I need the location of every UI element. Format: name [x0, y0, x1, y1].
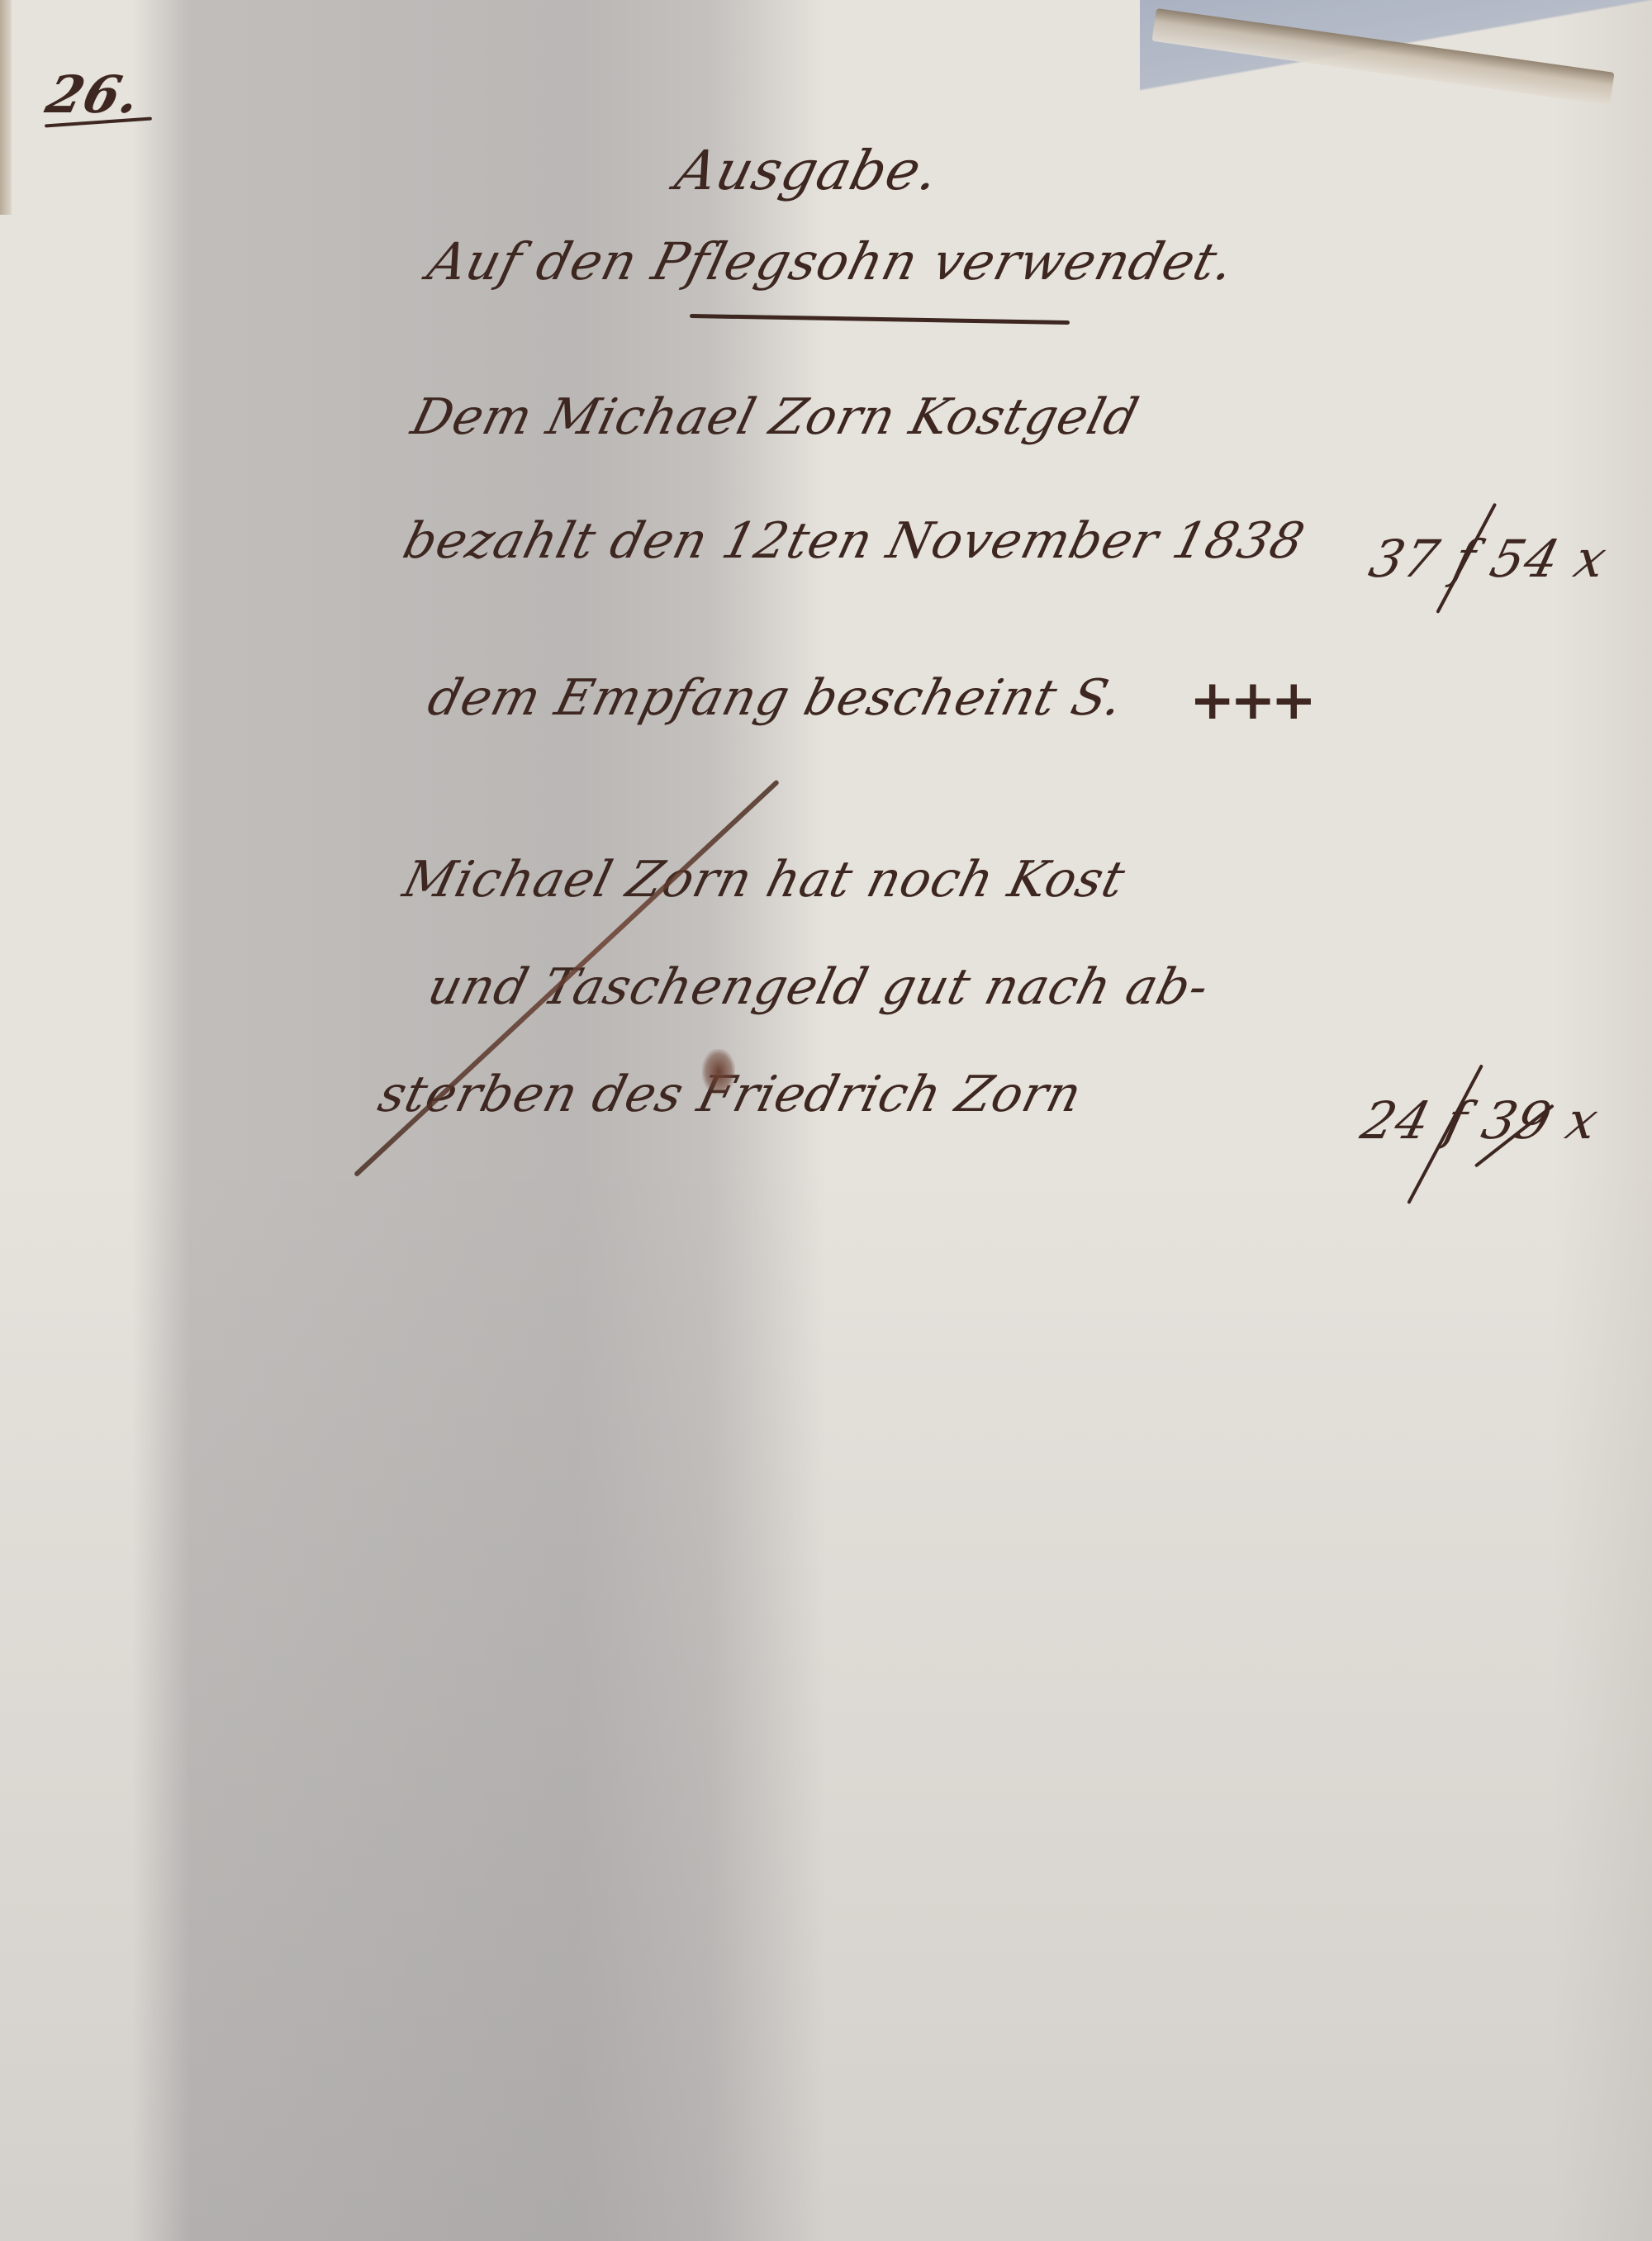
page-number: 26.	[40, 64, 147, 125]
page-title: Ausgabe.	[669, 139, 946, 202]
subtitle-underline	[690, 314, 1070, 325]
entry-1-line-2: bezahlt den 12ten November 1838	[397, 512, 1310, 570]
entry-2-line-2: und Taschengeld gut nach ab-	[422, 958, 1215, 1016]
entry-2-amount: 24 f 39 x	[1355, 1090, 1605, 1151]
document-page: 26. Ausgabe. Auf den Pflegsohn verwendet…	[0, 0, 1652, 2241]
entry-1-receipt-line: dem Empfang bescheint S.	[422, 669, 1129, 727]
page-subtitle: Auf den Pflegsohn verwendet.	[422, 231, 1241, 292]
receipt-mark-icon: +++	[1189, 667, 1312, 732]
entry-1-line-1: Dem Michael Zorn Kostgeld	[406, 388, 1144, 446]
entry-1-amount: 37 f 54 x	[1364, 529, 1613, 589]
ink-blot	[702, 1049, 735, 1094]
page-left-edge	[0, 0, 12, 215]
entry-2-line-1: Michael Zorn hat noch Kost	[397, 851, 1131, 909]
